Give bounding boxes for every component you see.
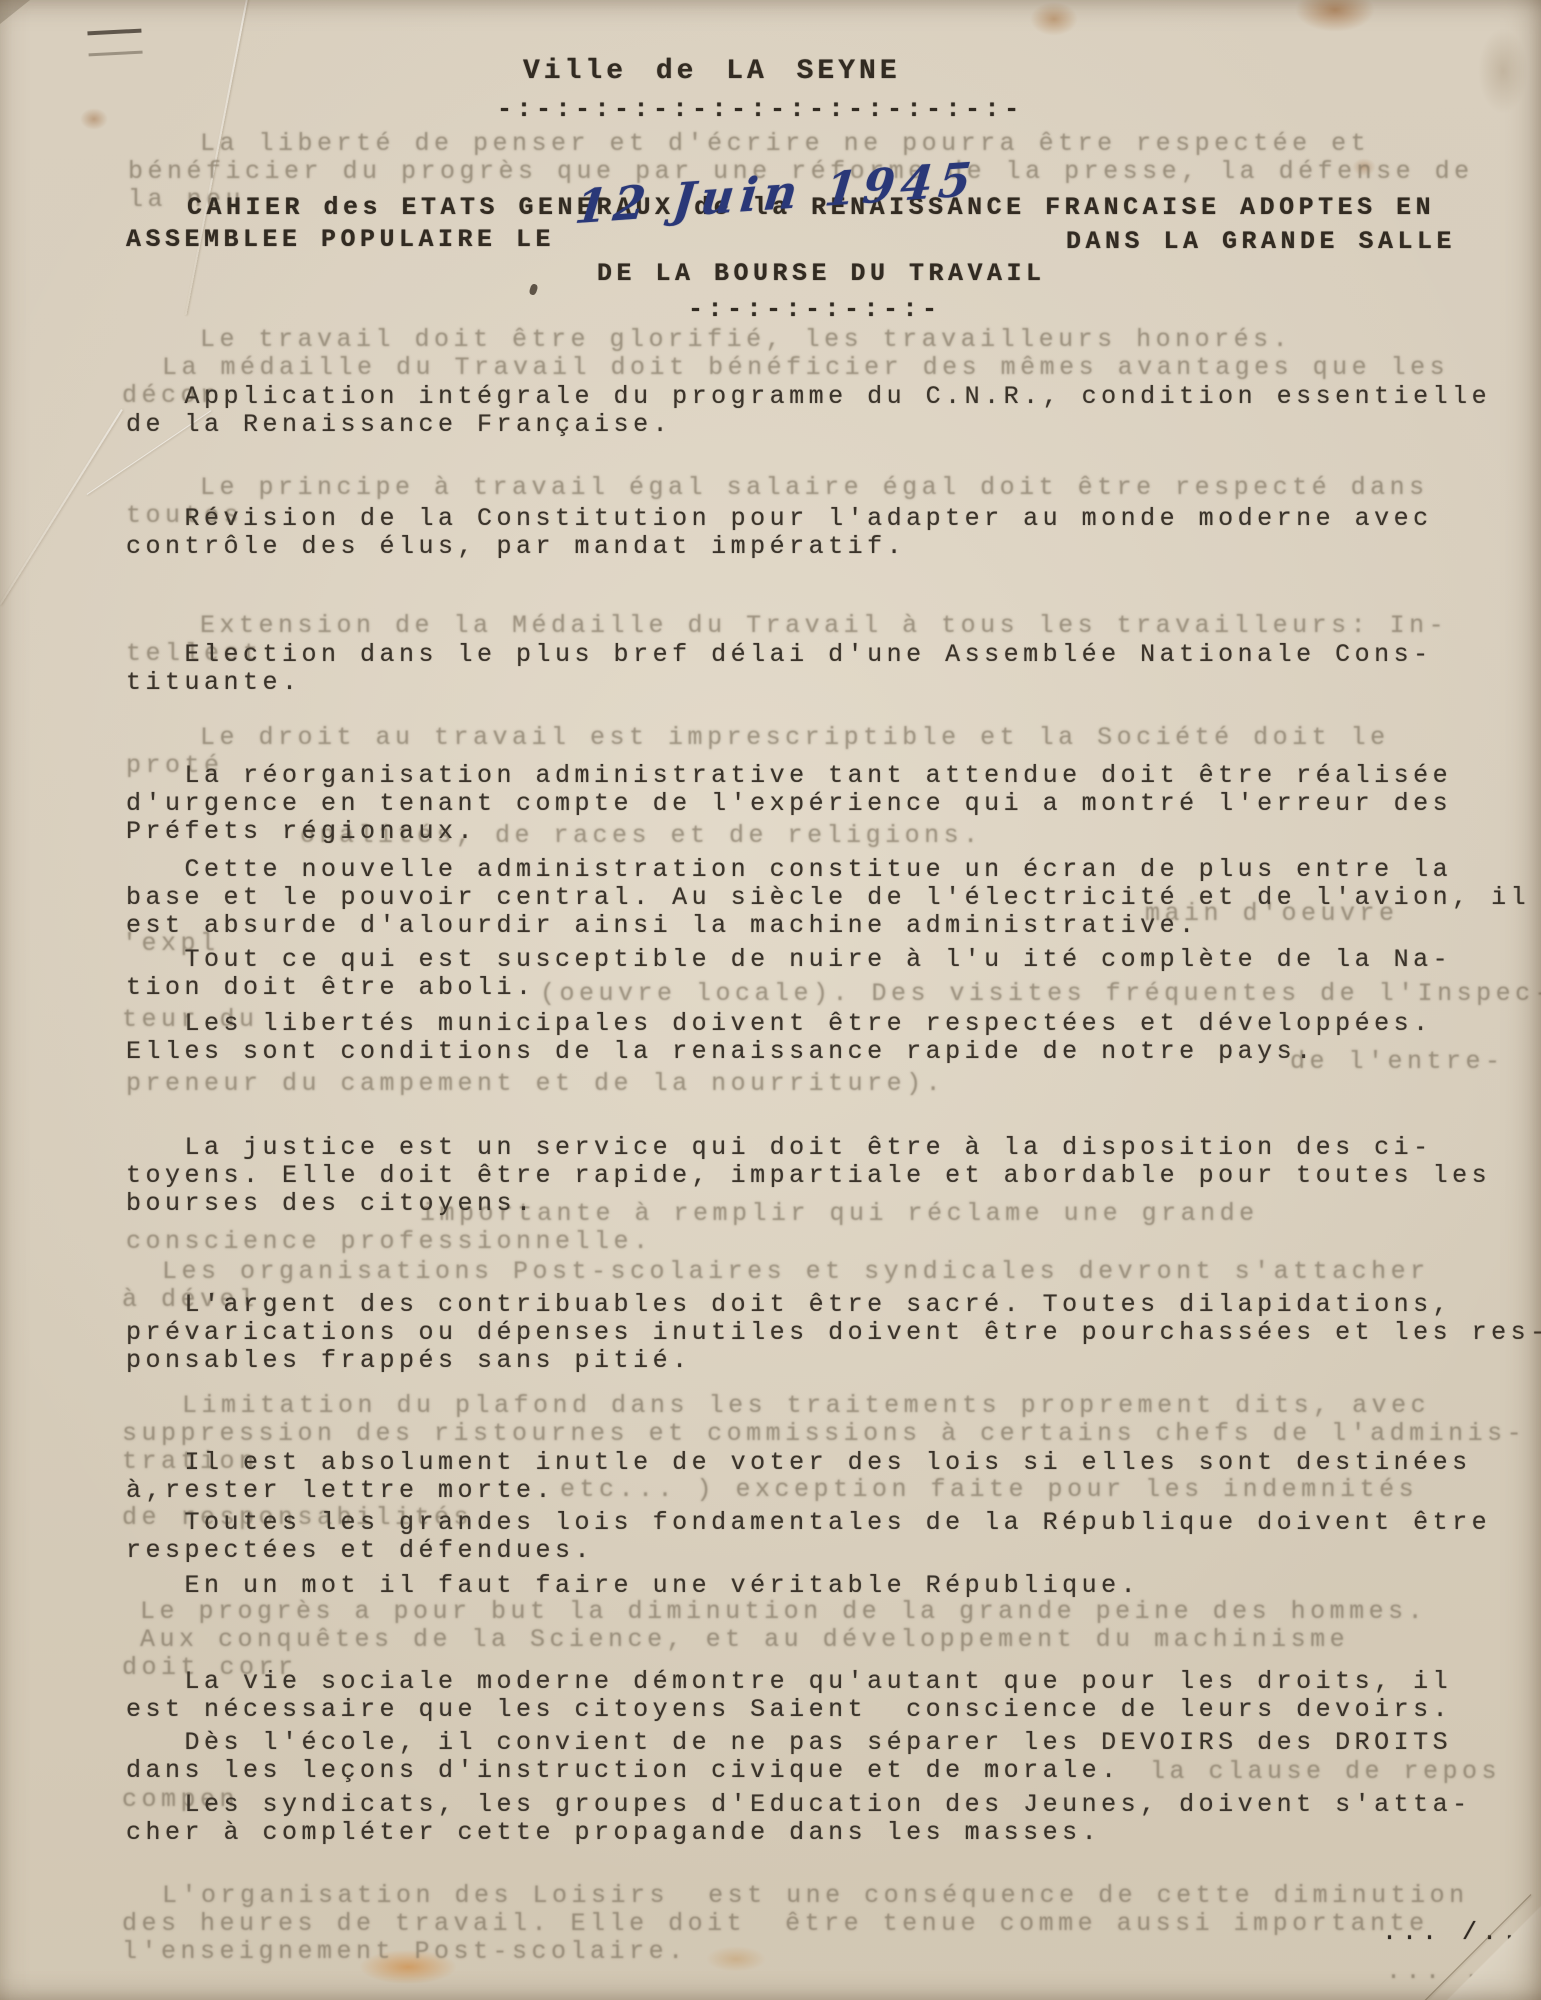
ink-speck xyxy=(528,283,538,296)
typed-paragraph: Les syndicats, les groupes d'Education d… xyxy=(126,1791,1472,1847)
ghost-text-line: Le travail doit être glorifié, les trava… xyxy=(200,326,1292,354)
separator-long: -:-:-:-:-:-:-:-:-:-:-:-:-:- xyxy=(497,96,1024,124)
typed-paragraph: Tout ce qui est susceptible de nuire à l… xyxy=(126,946,1452,1002)
ghost-text-line: Le progrès a pour but la diminution de l… xyxy=(140,1598,1427,1626)
city-header: Ville de LA SEYNE xyxy=(523,58,901,86)
ghost-text-line: Le droit au travail est imprescriptible … xyxy=(200,724,1390,752)
rust-stain xyxy=(1295,0,1375,32)
ghost-text-line: suppression des ristournes et commission… xyxy=(122,1420,1526,1448)
ghost-text-line: Le principe à travail égal salaire égal … xyxy=(200,474,1429,502)
folded-corner xyxy=(1443,1896,1541,2000)
typed-paragraph: Application intégrale du programme du C.… xyxy=(126,383,1491,439)
ghost-text-line: l'enseignement Post-scolaire. xyxy=(122,1938,688,1966)
typed-paragraph: Les libertés municipales doivent être re… xyxy=(126,1010,1433,1066)
ghost-text-line: Extension de la Médaille du Travail à to… xyxy=(200,612,1448,640)
typed-paragraph: Election dans le plus bref délai d'une A… xyxy=(126,641,1433,697)
ghost-text-line: La liberté de penser et d'écrire ne pour… xyxy=(200,130,1370,158)
ghost-text-line: preneur du campement et de la nourriture… xyxy=(126,1070,945,1098)
typed-paragraph: Il est absolument inutle de voter des lo… xyxy=(126,1449,1472,1505)
heading-line-2-right: DANS LA GRANDE SALLE xyxy=(1066,228,1456,256)
ghost-text-line: Aux conquêtes de la Science, et au dével… xyxy=(140,1626,1349,1654)
typed-paragraph: En un mot il faut faire une véritable Ré… xyxy=(126,1572,1140,1600)
ghost-text-line: conscience professionnelle. xyxy=(126,1228,653,1256)
typed-paragraph: La vie sociale moderne démontre qu'autan… xyxy=(126,1668,1452,1724)
ghost-text-line: des heures de travail. Elle doit être te… xyxy=(122,1910,1429,1938)
ghost-text-line: L'organisation des Loisirs est une consé… xyxy=(162,1882,1469,1910)
typed-paragraph: Révision de la Constitution pour l'adapt… xyxy=(126,505,1433,561)
paper-crease xyxy=(0,409,123,605)
rust-stain xyxy=(1030,2,1078,36)
scanned-document-page: La liberté de penser et d'écrire ne pour… xyxy=(0,0,1541,2000)
typed-paragraph: Dès l'école, il convient de ne pas sépar… xyxy=(126,1729,1452,1785)
ghost-text-line: Limitation du plafond dans les traitemen… xyxy=(182,1392,1430,1420)
typed-paragraph: Toutes les grandes lois fondamentales de… xyxy=(126,1509,1491,1565)
edge-smudge xyxy=(1478,28,1528,114)
staple-mark xyxy=(87,29,142,57)
torn-corner xyxy=(0,0,30,24)
heading-line-3: DE LA BOURSE DU TRAVAIL xyxy=(597,260,1046,288)
rust-stain xyxy=(706,1946,766,1972)
separator-short: -:-:-:-:-:-:- xyxy=(688,296,942,324)
typed-paragraph: La réorganisation administrative tant at… xyxy=(126,762,1452,846)
ghost-text-line: Les organisations Post-scolaires et synd… xyxy=(162,1258,1430,1286)
rust-stain xyxy=(80,108,108,130)
ghost-text-line: La médaille du Travail doit bénéficier d… xyxy=(162,354,1449,382)
heading-line-2-left: ASSEMBLEE POPULAIRE LE xyxy=(126,226,555,254)
typed-paragraph: La justice est un service qui doit être … xyxy=(126,1134,1491,1218)
typed-paragraph: L'argent des contribuables doit être sac… xyxy=(126,1291,1541,1375)
typed-paragraph: Cette nouvelle administration constitue … xyxy=(126,856,1530,940)
